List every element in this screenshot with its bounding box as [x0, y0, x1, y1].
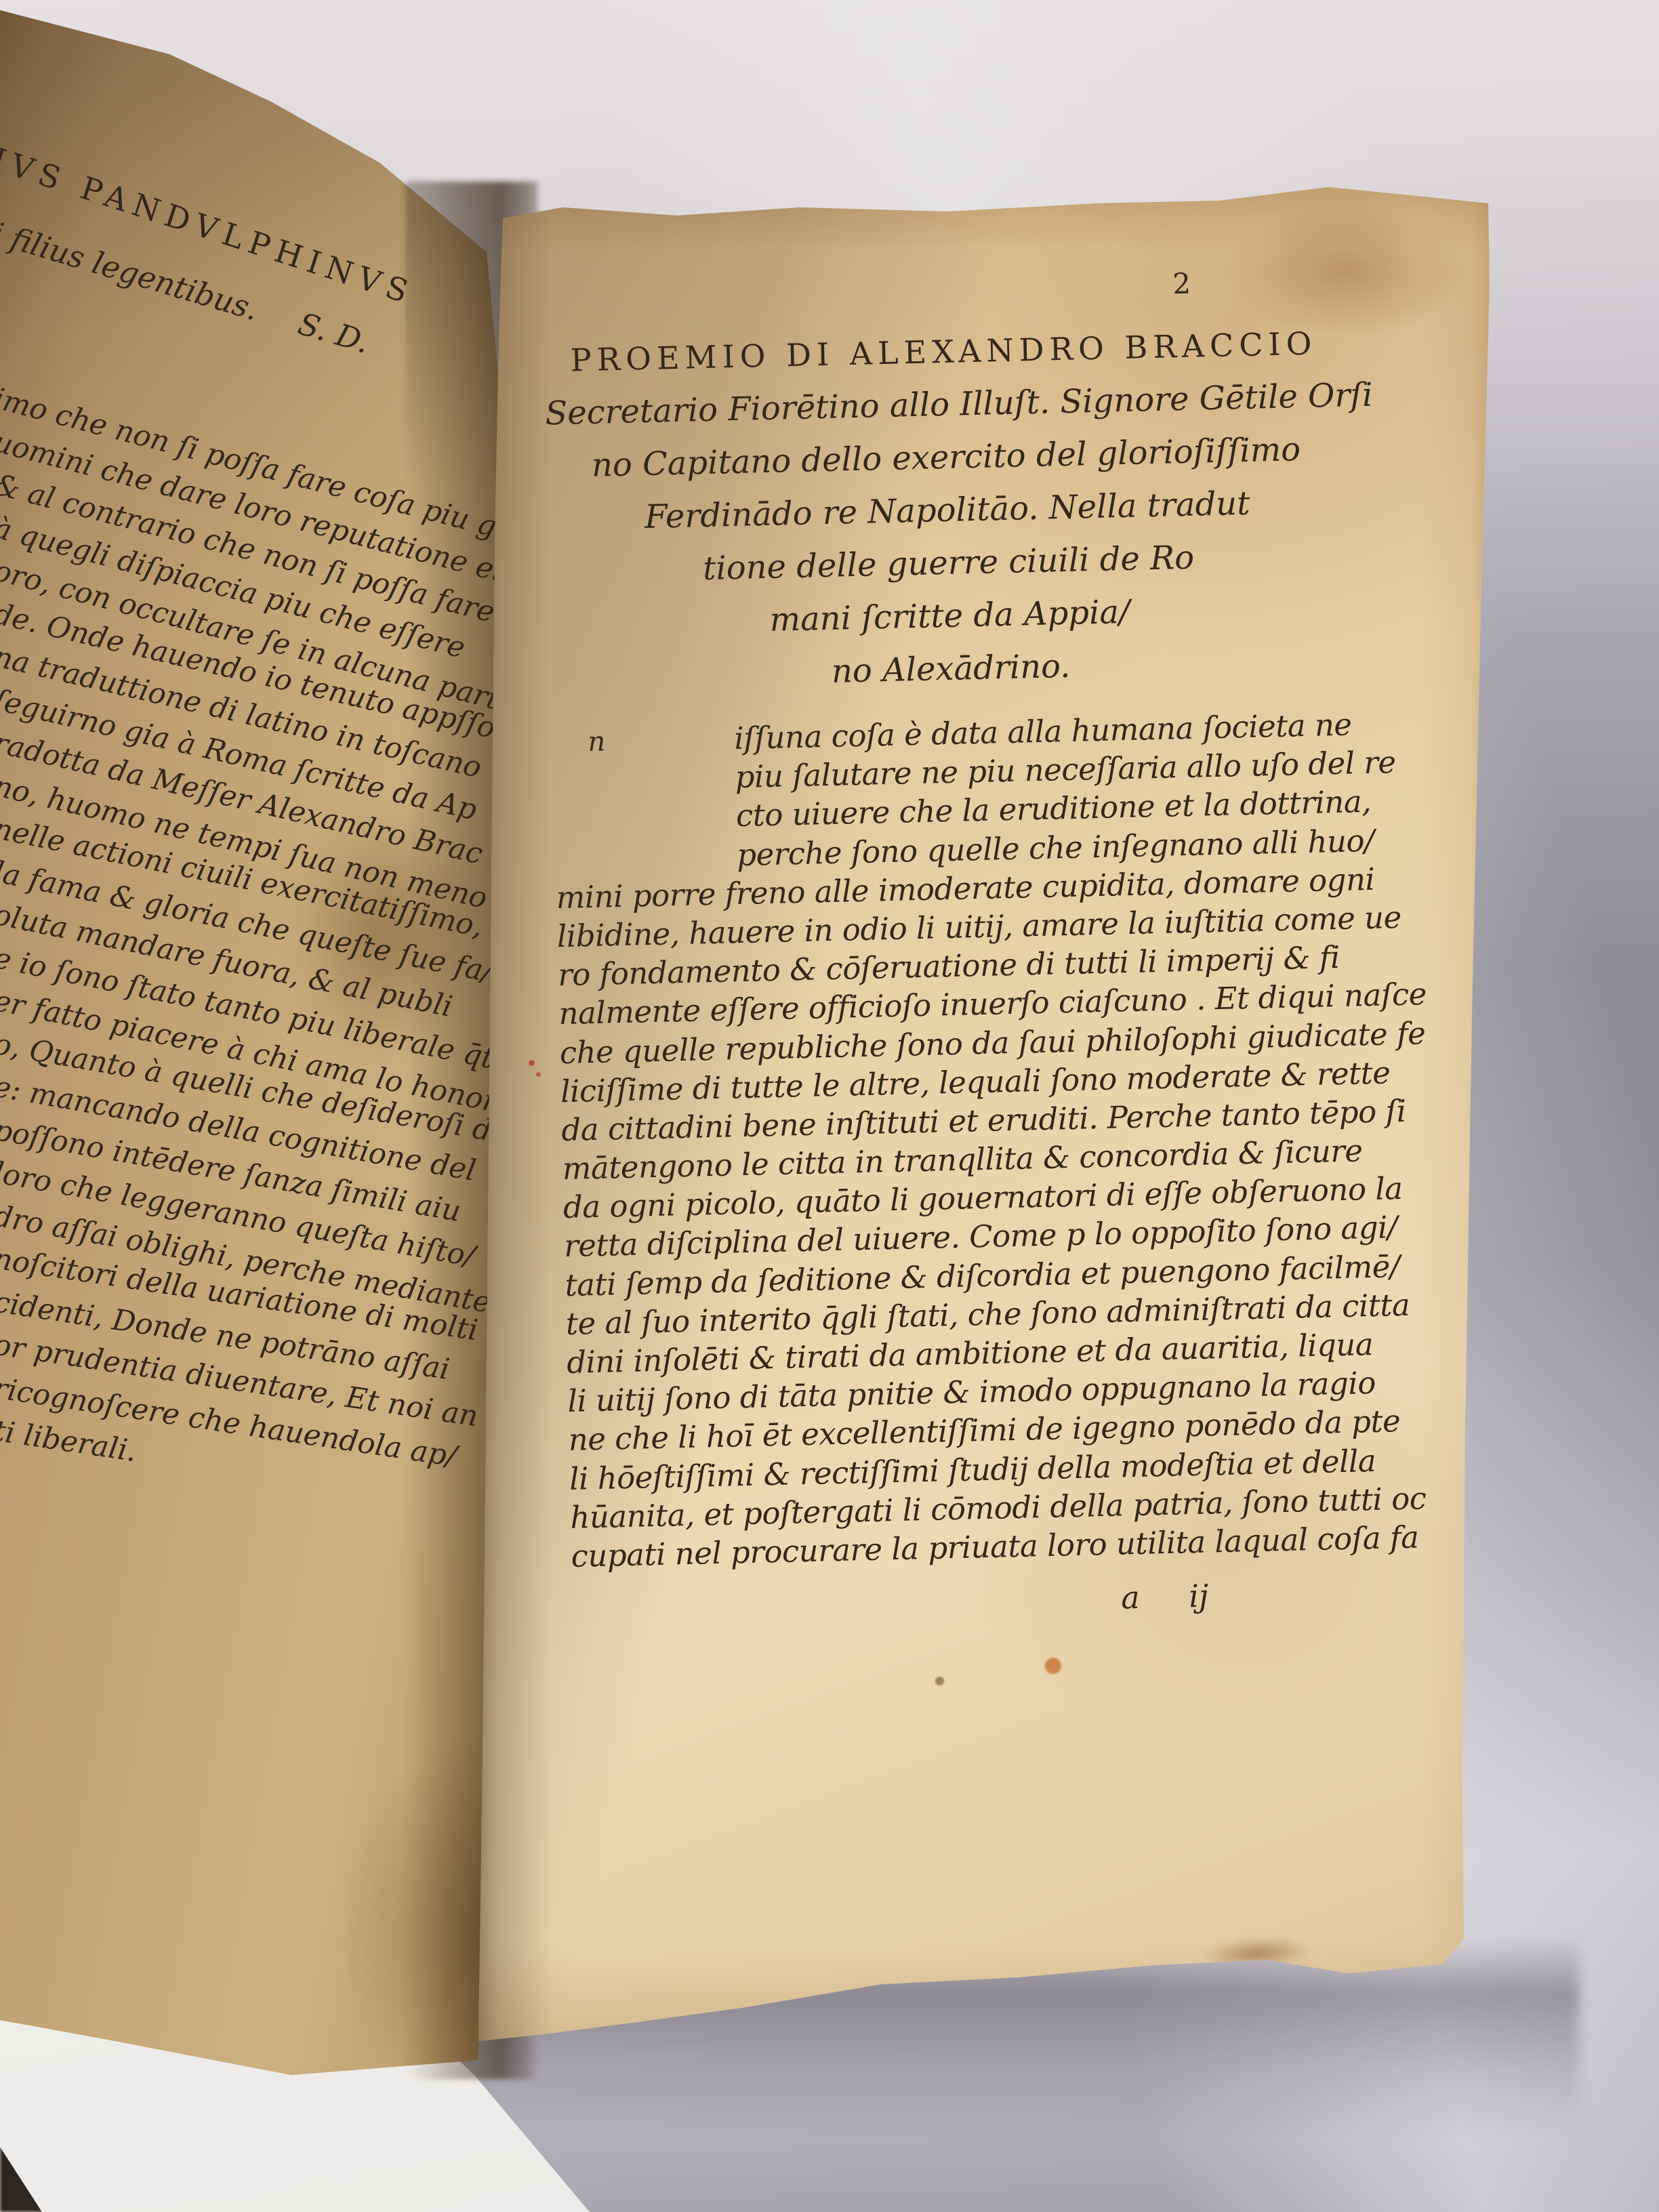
- salutation-part2: S. D.: [294, 306, 373, 361]
- book-photo: IVS PANDVLPHINVS i filius legentibus.S. …: [0, 0, 1659, 2212]
- guide-letter: n: [588, 726, 606, 758]
- page-number: 2: [1172, 267, 1191, 301]
- right-page-text: 2 PROEMIO DI ALEXANDRO BRACCIO Secretari…: [542, 268, 1371, 1577]
- stain: [1045, 1658, 1061, 1674]
- proemio-heading: PROEMIO DI ALEXANDRO BRACCIO Secretario …: [544, 316, 1351, 705]
- salutation-gap: [255, 321, 296, 333]
- signature-mark: a ij: [1121, 1578, 1209, 1616]
- stain: [935, 1677, 944, 1685]
- right-page: 2 PROEMIO DI ALEXANDRO BRACCIO Secretari…: [468, 176, 1501, 2057]
- stain: [529, 1060, 535, 1066]
- right-page-body: iſſuna coſa è data alla humana ſocieta n…: [552, 706, 1371, 1577]
- stain: [536, 1072, 541, 1077]
